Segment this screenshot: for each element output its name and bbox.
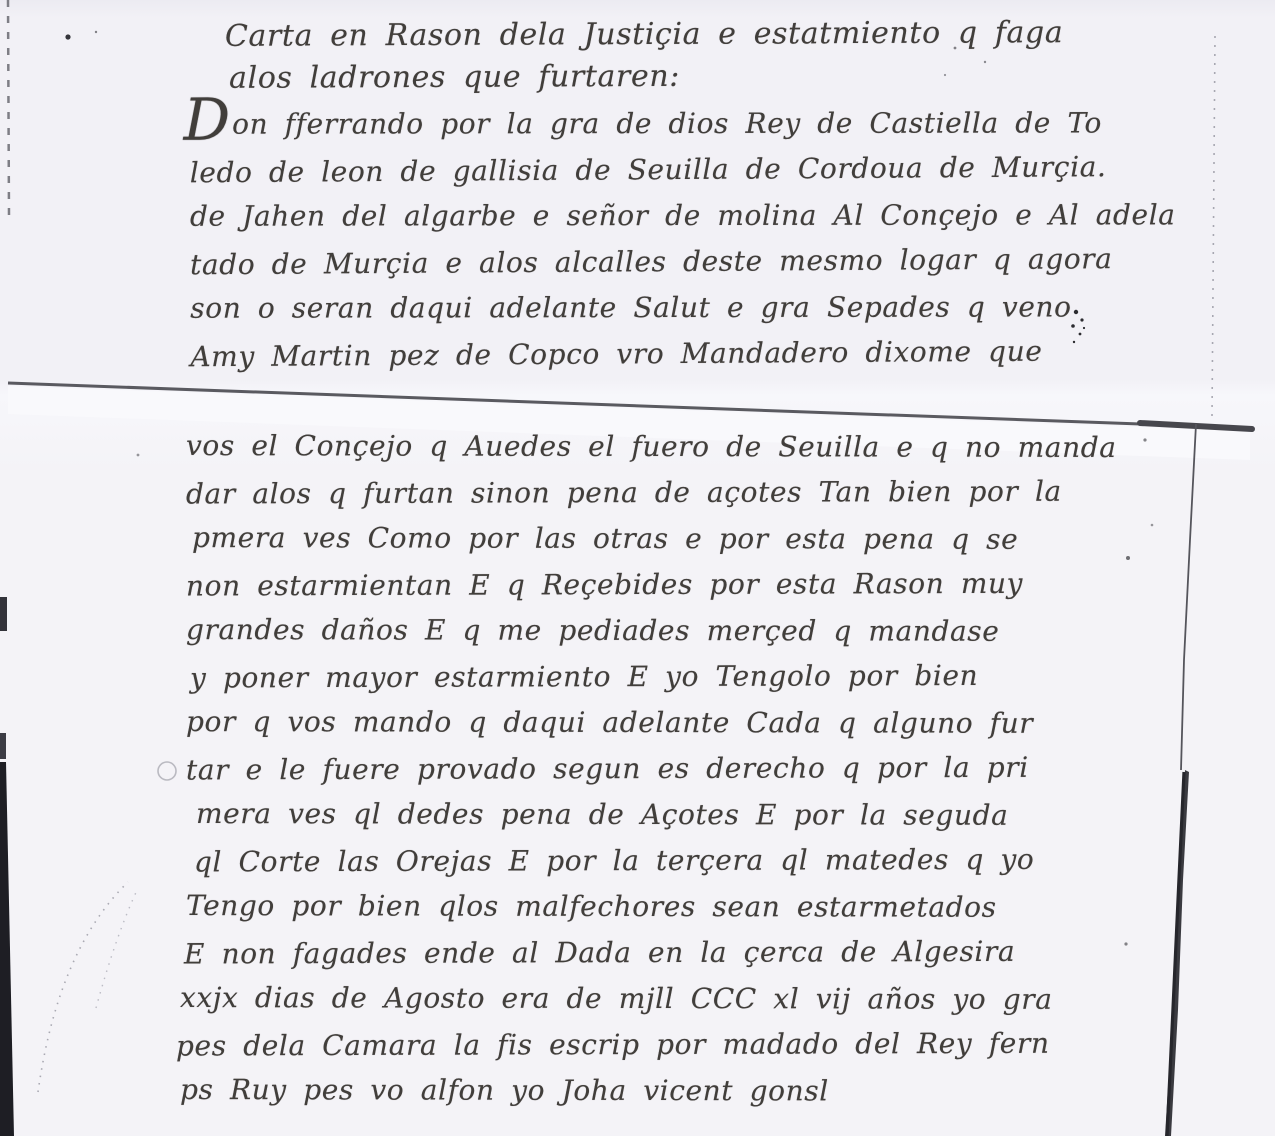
manuscript-text-layer: Carta en Rason dela Justiçia e estatmien… [0,0,1275,1136]
manuscript-line: por q vos mando q daqui adelante Cada q … [186,699,1117,747]
manuscript-line: non estarmientan E q Reçebides por esta … [186,561,1117,610]
manuscript-line-text: on fferrando por la gra de dios Rey de C… [232,106,1102,140]
manuscript-line: dar alos q furtan sinon pena de açotes T… [186,469,1117,518]
illuminated-initial: D [184,86,231,154]
manuscript-line: E non fagades ende al Dada en la çerca d… [184,929,1117,978]
manuscript-line: xxjx dias de Agosto era de mjll CCC xl v… [180,975,1117,1023]
document-heading: Carta en Rason dela Justiçia e estatmien… [225,12,1064,100]
manuscript-line: tado de Murçia e alos alcalles deste mes… [190,236,1176,289]
scanned-manuscript-page: Carta en Rason dela Justiçia e estatmien… [0,0,1275,1136]
manuscript-line: Tengo por bien qlos malfechores sean est… [186,883,1117,931]
manuscript-line: ps Ruy pes vo alfon yo Joha vicent gonsl [180,1067,1117,1115]
manuscript-line: pes dela Camara la fis escrip por madado… [176,1021,1117,1070]
manuscript-line: grandes daños E q me pediades merçed q m… [186,607,1117,655]
manuscript-line: son o seran daqui adelante Salut e gra S… [190,284,1176,331]
manuscript-line: ledo de leon de gallisia de Seuilla de C… [190,144,1176,197]
upper-page-text: Don fferrando por la gra de dios Rey de … [190,94,1177,378]
heading-line: Carta en Rason dela Justiçia e estatmien… [225,12,1064,58]
manuscript-line: tar e le fuere provado segun es derecho … [186,745,1117,794]
manuscript-line: de Jahen del algarbe e señor de molina A… [190,192,1176,239]
manuscript-line: ql Corte las Orejas E por la terçera ql … [194,837,1117,886]
manuscript-line: vos el Conçejo q Auedes el fuero de Seui… [186,423,1117,471]
lower-page-text: vos el Conçejo q Auedes el fuero de Seui… [186,424,1117,1114]
manuscript-line: y poner mayor estarmiento E yo Tengolo p… [190,653,1117,702]
heading-line: alos ladrones que furtaren: [229,54,1064,100]
manuscript-line: Don fferrando por la gra de dios Rey de … [190,95,1176,147]
manuscript-line: mera ves ql dedes pena de Açotes E por l… [196,791,1117,839]
manuscript-line: Amy Martin pez de Copco vro Mandadero di… [190,328,1176,381]
manuscript-line: pmera ves Como por las otras e por esta … [192,515,1117,563]
